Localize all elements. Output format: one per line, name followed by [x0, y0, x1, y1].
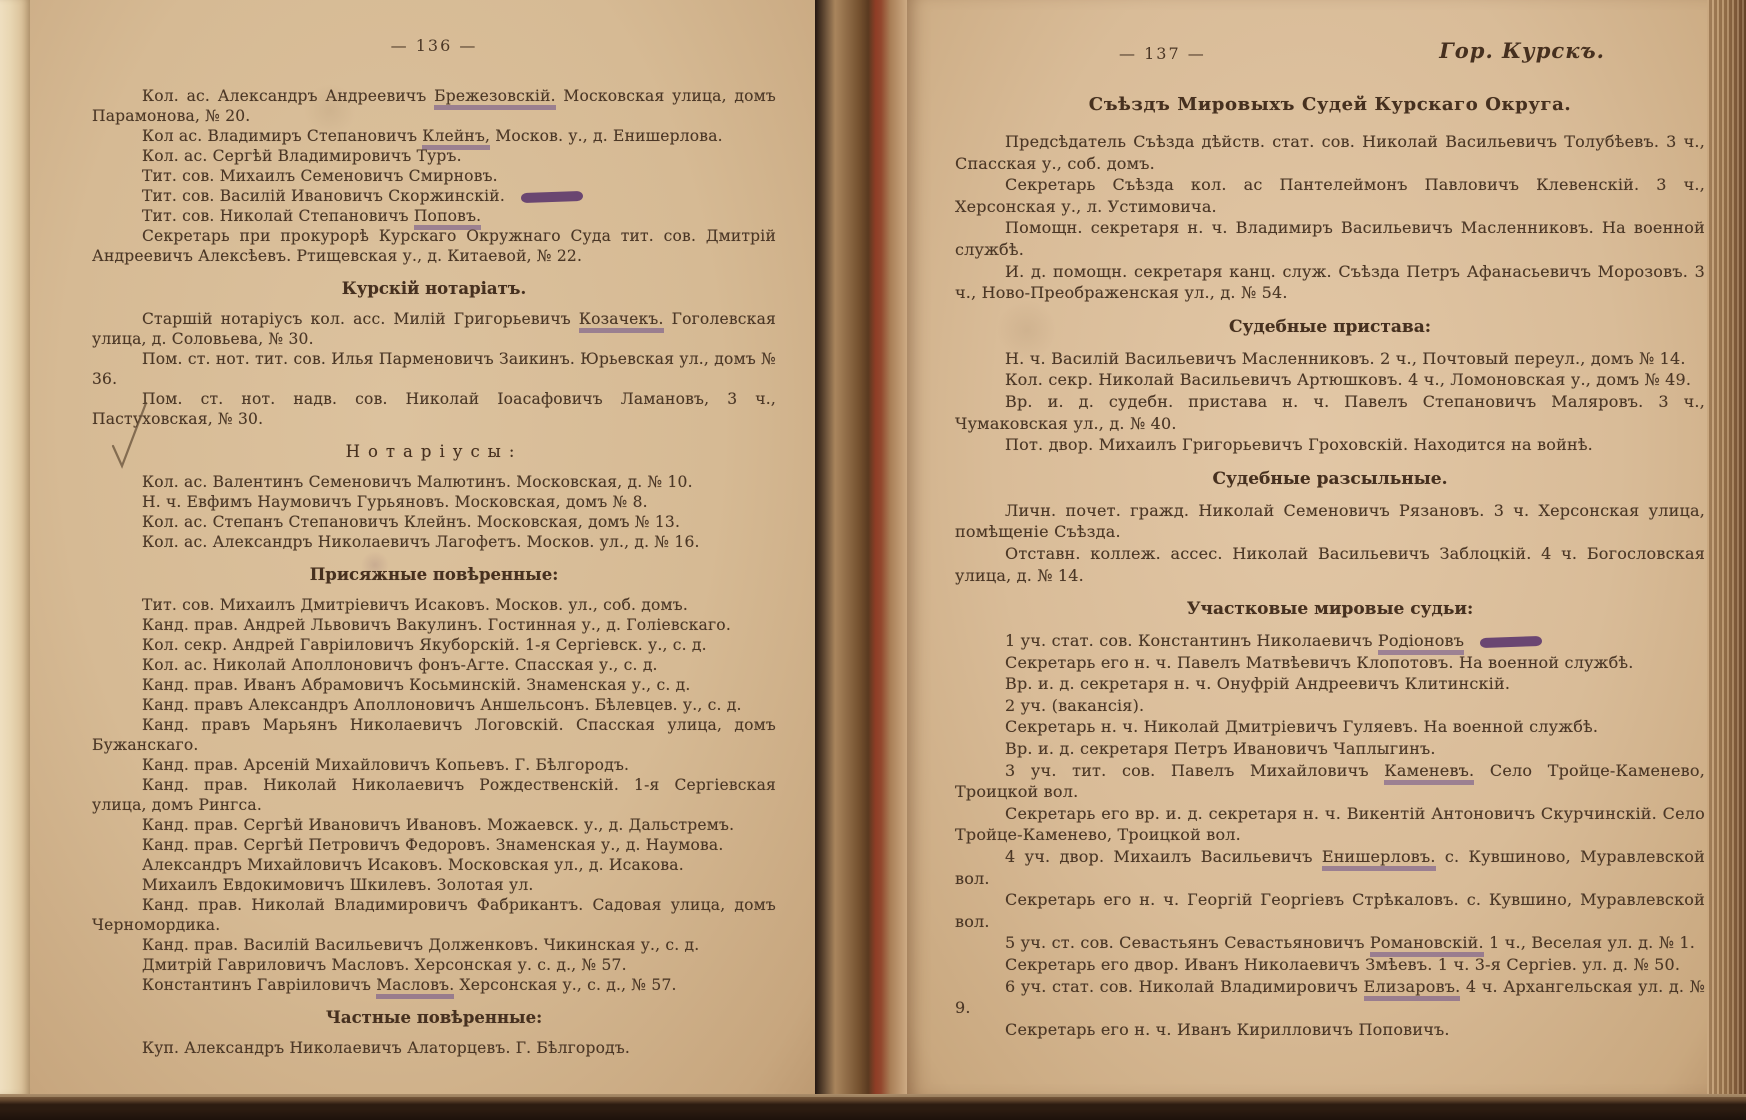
directory-entry: Пом. ст. нот. тит. сов. Илья Парменовичъ…	[92, 349, 776, 389]
section-heading: Судебные пристава:	[955, 317, 1705, 337]
directory-entry: 3 уч. тит. сов. Павелъ Михайловичъ Камен…	[955, 760, 1705, 803]
page-136-content: Кол. ас. Александръ Андреевичъ Брежезовс…	[92, 86, 776, 1058]
directory-entry: Секретарь Съѣзда кол. ас Пантелеймонъ Па…	[955, 174, 1705, 217]
entry-text: Судебные разсыльные.	[1212, 469, 1447, 489]
entry-text: 5 уч. ст. сов. Севастьянъ Севастьяновичъ	[1005, 933, 1370, 952]
entry-text: Тит. сов. Михаилъ Семеновичъ Смирновъ.	[142, 167, 498, 185]
directory-entry: Канд. прав. Николай Николаевичъ Рождеств…	[92, 775, 776, 815]
directory-entry: Канд. прав. Николай Владимировичъ Фабрик…	[92, 895, 776, 935]
entry-text: Канд. прав. Иванъ Абрамовичъ Косьминскій…	[142, 676, 690, 694]
pencil-underline-mark: Енишерловъ.	[1322, 847, 1436, 871]
entry-text: Судебные пристава:	[1229, 317, 1431, 337]
entry-text: Тит. сов. Михаилъ Дмитріевичъ Исаковъ. М…	[142, 596, 688, 614]
entry-text: Канд. прав. Сергѣй Петровичъ Федоровъ. З…	[142, 836, 724, 854]
entry-text: Съѣздъ Мировыхъ Судей Курскаго Округа.	[1089, 94, 1571, 115]
book-bottom-edge	[0, 1094, 1746, 1120]
directory-entry: Н. ч. Василій Васильевичъ Масленниковъ. …	[955, 348, 1705, 370]
directory-entry: Кол. ас. Николай Аполлоновичъ фонъ-Агте.…	[92, 655, 776, 675]
directory-entry: Секретарь н. ч. Николай Дмитріевичъ Гуля…	[955, 716, 1705, 738]
entry-text: Кол. ас. Степанъ Степановичъ Клейнъ. Мос…	[142, 513, 680, 531]
directory-entry: Дмитрій Гавриловичъ Масловъ. Херсонская …	[92, 955, 776, 975]
section-heading: Присяжные повѣренные:	[92, 565, 776, 584]
entry-text: Участковые мировые судьи:	[1187, 599, 1474, 619]
entry-text: 2 уч. (вакансія).	[1005, 696, 1144, 715]
entry-text: Кол. ас. Валентинъ Семеновичъ Малютинъ. …	[142, 473, 693, 491]
pencil-underline-mark: Каменевъ.	[1384, 761, 1474, 785]
entry-text: Канд. прав. Николай Николаевичъ Рождеств…	[92, 776, 776, 814]
entry-text: Кол. секр. Андрей Гавріиловичъ Якуборскі…	[142, 636, 707, 654]
entry-text: Личн. почет. гражд. Николай Семеновичъ Р…	[955, 501, 1705, 542]
directory-entry: Тит. сов. Николай Степановичъ Поповъ.	[92, 206, 776, 226]
entry-text: 6 уч. стат. сов. Николай Владимировичъ	[1005, 977, 1364, 996]
entry-text: И. д. помощн. секретаря канц. служ. Съѣз…	[955, 262, 1705, 303]
pencil-underline-mark: Елизаровъ.	[1364, 977, 1461, 1001]
entry-text: Пот. двор. Михаилъ Григорьевичъ Гроховск…	[1005, 435, 1593, 454]
pencil-dash-mark	[1480, 636, 1542, 648]
directory-entry: И. д. помощн. секретаря канц. служ. Съѣз…	[955, 261, 1705, 304]
directory-entry: Кол. секр. Андрей Гавріиловичъ Якуборскі…	[92, 635, 776, 655]
entry-text: Отставн. коллеж. ассес. Николай Васильев…	[955, 544, 1705, 585]
directory-entry: Кол. секр. Николай Васильевичъ Артюшковъ…	[955, 369, 1705, 391]
page-number-right: — 137 —	[1119, 44, 1206, 63]
pencil-underline-mark: Масловъ.	[376, 976, 454, 999]
page-edge-right	[1707, 0, 1746, 1094]
directory-entry: Канд. правъ Александръ Аполлоновичъ Анше…	[92, 695, 776, 715]
directory-entry: Н. ч. Евфимъ Наумовичъ Гурьяновъ. Москов…	[92, 492, 776, 512]
book-scan: — 136 — Кол. ас. Александръ Андреевичъ Б…	[0, 0, 1746, 1120]
entry-text: Михаилъ Евдокимовичъ Шкилевъ. Золотая ул…	[142, 876, 534, 894]
directory-entry: Константинъ Гавріиловичъ Масловъ. Херсон…	[92, 975, 776, 995]
directory-entry: Канд. прав. Сергѣй Ивановичъ Ивановъ. Мо…	[92, 815, 776, 835]
page-136: — 136 — Кол. ас. Александръ Андреевичъ Б…	[30, 0, 815, 1094]
directory-entry: Тит. сов. Михаилъ Дмитріевичъ Исаковъ. М…	[92, 595, 776, 615]
section-heading: Курскій нотаріатъ.	[92, 279, 776, 298]
directory-entry: Старшій нотаріусъ кол. асс. Милій Григор…	[92, 309, 776, 349]
running-title: Гор. Курскъ.	[1439, 38, 1605, 63]
entry-text: Кол. ас. Александръ Андреевичъ	[142, 87, 434, 105]
entry-text: Канд. прав. Арсеній Михайловичъ Копьевъ.…	[142, 756, 629, 774]
entry-text: Александръ Михайловичъ Исаковъ. Московск…	[142, 856, 684, 874]
entry-text: 1 ч., Веселая ул. д. № 1.	[1484, 933, 1695, 952]
entry-text: Канд. правъ Александръ Аполлоновичъ Анше…	[142, 696, 742, 714]
directory-entry: Кол. ас. Степанъ Степановичъ Клейнъ. Мос…	[92, 512, 776, 532]
directory-entry: 1 уч. стат. сов. Константинъ Николаевичъ…	[955, 630, 1705, 652]
section-heading: Нотаріусы:	[92, 442, 776, 461]
directory-entry: Вр. и. д. секретаря н. ч. Онуфрій Андрее…	[955, 673, 1705, 695]
entry-text: Вр. и. д. секретаря Петръ Ивановичъ Чапл…	[1005, 739, 1436, 758]
directory-entry: Тит. сов. Василій Ивановичъ Скоржинскій.	[92, 186, 776, 206]
entry-text: Старшій нотаріусъ кол. асс. Милій Григор…	[142, 310, 579, 328]
directory-entry: 6 уч. стат. сов. Николай Владимировичъ Е…	[955, 976, 1705, 1019]
directory-entry: Пом. ст. нот. надв. сов. Николай Іоасафо…	[92, 389, 776, 429]
entry-text: Куп. Александръ Николаевичъ Алаторцевъ. …	[142, 1039, 630, 1057]
entry-text: Курскій нотаріатъ.	[342, 279, 526, 298]
directory-entry: Канд. прав. Василій Васильевичъ Долженко…	[92, 935, 776, 955]
directory-entry: Секретарь его н. ч. Иванъ Кирилловичъ По…	[955, 1019, 1705, 1041]
entry-text: Н. ч. Василій Васильевичъ Масленниковъ. …	[1005, 349, 1686, 368]
entry-text: Кол. ас. Николай Аполлоновичъ фонъ-Агте.…	[142, 656, 658, 674]
section-heading: Участковые мировые судьи:	[955, 599, 1705, 619]
directory-entry: Пот. двор. Михаилъ Григорьевичъ Гроховск…	[955, 434, 1705, 456]
entry-text: Канд. прав. Сергѣй Ивановичъ Ивановъ. Мо…	[142, 816, 734, 834]
entry-text: Секретарь при прокурорѣ Курскаго Окружна…	[92, 227, 776, 265]
entry-text: Херсонская у., с. д., № 57.	[454, 976, 676, 994]
directory-entry: Помощн. секретаря н. ч. Владимиръ Василь…	[955, 217, 1705, 260]
directory-entry: Тит. сов. Михаилъ Семеновичъ Смирновъ.	[92, 166, 776, 186]
entry-text: Пом. ст. нот. надв. сов. Николай Іоасафо…	[92, 390, 776, 428]
pencil-underline-mark: Козачекъ.	[579, 310, 664, 333]
directory-entry: Кол ас. Владимиръ Степановичъ Клейнъ, Мо…	[92, 126, 776, 146]
page-137: — 137 — Гор. Курскъ. Съѣздъ Мировыхъ Суд…	[907, 0, 1707, 1094]
directory-entry: Секретарь его н. ч. Георгій Георгіевъ Ст…	[955, 889, 1705, 932]
entry-text: Вр. и. д. судебн. пристава н. ч. Павелъ …	[955, 392, 1705, 433]
entry-text: Дмитрій Гавриловичъ Масловъ. Херсонская …	[142, 956, 627, 974]
entry-text: Н. ч. Евфимъ Наумовичъ Гурьяновъ. Москов…	[142, 493, 648, 511]
directory-entry: Канд. прав. Иванъ Абрамовичъ Косьминскій…	[92, 675, 776, 695]
entry-text: Секретарь Съѣзда кол. ас Пантелеймонъ Па…	[955, 175, 1705, 216]
entry-text: Секретарь его двор. Иванъ Николаевичъ Зм…	[1005, 955, 1680, 974]
directory-entry: Секретарь при прокурорѣ Курскаго Окружна…	[92, 226, 776, 266]
entry-text: Предсѣдатель Съѣзда дѣйств. стат. сов. Н…	[955, 132, 1705, 173]
directory-entry: Вр. и. д. секретаря Петръ Ивановичъ Чапл…	[955, 738, 1705, 760]
entry-text: 1 уч. стат. сов. Константинъ Николаевичъ	[1005, 631, 1378, 650]
entry-text: Частные повѣренные:	[326, 1008, 542, 1027]
directory-entry: 2 уч. (вакансія).	[955, 695, 1705, 717]
entry-text: Тит. сов. Николай Степановичъ	[142, 207, 414, 225]
directory-entry: Вр. и. д. судебн. пристава н. ч. Павелъ …	[955, 391, 1705, 434]
entry-text: Секретарь его н. ч. Иванъ Кирилловичъ По…	[1005, 1020, 1450, 1039]
directory-entry: 5 уч. ст. сов. Севастьянъ Севастьяновичъ…	[955, 932, 1705, 954]
entry-text: Кол. ас. Александръ Николаевичъ Лагофетъ…	[142, 533, 700, 551]
directory-entry: Канд. прав. Арсеній Михайловичъ Копьевъ.…	[92, 755, 776, 775]
entry-text: Присяжные повѣренные:	[310, 565, 559, 584]
entry-text: Нотаріусы:	[346, 442, 523, 461]
book-gutter	[815, 0, 907, 1094]
section-heading: Судебные разсыльные.	[955, 469, 1705, 489]
directory-entry: Предсѣдатель Съѣзда дѣйств. стат. сов. Н…	[955, 131, 1705, 174]
entry-text: Москов. у., д. Енишерлова.	[490, 127, 723, 145]
entry-text: Канд. прав. Василій Васильевичъ Долженко…	[142, 936, 699, 954]
section-heading: Съѣздъ Мировыхъ Судей Курскаго Округа.	[955, 94, 1705, 115]
directory-entry: Кол. ас. Александръ Николаевичъ Лагофетъ…	[92, 532, 776, 552]
directory-entry: Личн. почет. гражд. Николай Семеновичъ Р…	[955, 500, 1705, 543]
directory-entry: Секретарь его вр. и. д. секретаря н. ч. …	[955, 803, 1705, 846]
entry-text: Канд. прав. Николай Владимировичъ Фабрик…	[92, 896, 776, 934]
directory-entry: Кол. ас. Валентинъ Семеновичъ Малютинъ. …	[92, 472, 776, 492]
entry-text: Секретарь его н. ч. Павелъ Матвѣевичъ Кл…	[1005, 653, 1634, 672]
entry-text: Тит. сов. Василій Ивановичъ Скоржинскій.	[142, 187, 505, 205]
entry-text: 3 уч. тит. сов. Павелъ Михайловичъ	[1005, 761, 1384, 780]
entry-text: Канд. прав. Андрей Львовичъ Вакулинъ. Го…	[142, 616, 731, 634]
directory-entry: Александръ Михайловичъ Исаковъ. Московск…	[92, 855, 776, 875]
directory-entry: Куп. Александръ Николаевичъ Алаторцевъ. …	[92, 1038, 776, 1058]
directory-entry: Канд. прав. Андрей Львовичъ Вакулинъ. Го…	[92, 615, 776, 635]
directory-entry: Кол. ас. Сергѣй Владимировичъ Туръ.	[92, 146, 776, 166]
directory-entry: Отставн. коллеж. ассес. Николай Васильев…	[955, 543, 1705, 586]
entry-text: 4 уч. двор. Михаилъ Васильевичъ	[1005, 847, 1322, 866]
page-number-left: — 136 —	[92, 36, 776, 55]
entry-text: Кол. секр. Николай Васильевичъ Артюшковъ…	[1005, 370, 1691, 389]
entry-text: Вр. и. д. секретаря н. ч. Онуфрій Андрее…	[1005, 674, 1510, 693]
entry-text: Канд. правъ Марьянъ Николаевичъ Логовскі…	[92, 716, 776, 754]
entry-text: Константинъ Гавріиловичъ	[142, 976, 376, 994]
pencil-checkmark-mark	[108, 400, 152, 478]
pencil-underline-mark: Брежезовскій.	[434, 87, 556, 110]
directory-entry: Канд. прав. Сергѣй Петровичъ Федоровъ. З…	[92, 835, 776, 855]
entry-text: Кол ас. Владимиръ Степановичъ	[142, 127, 422, 145]
entry-text: Секретарь его н. ч. Георгій Георгіевъ Ст…	[955, 890, 1705, 931]
entry-text: Пом. ст. нот. тит. сов. Илья Парменовичъ…	[92, 350, 776, 388]
entry-text: Помощн. секретаря н. ч. Владимиръ Василь…	[955, 218, 1705, 259]
directory-entry: Канд. правъ Марьянъ Николаевичъ Логовскі…	[92, 715, 776, 755]
directory-entry: Секретарь его двор. Иванъ Николаевичъ Зм…	[955, 954, 1705, 976]
entry-text: Секретарь н. ч. Николай Дмитріевичъ Гуля…	[1005, 717, 1598, 736]
entry-text: Секретарь его вр. и. д. секретаря н. ч. …	[955, 804, 1705, 845]
page-edge-left	[0, 0, 30, 1094]
pencil-dash-mark	[521, 191, 583, 203]
directory-entry: 4 уч. двор. Михаилъ Васильевичъ Енишерло…	[955, 846, 1705, 889]
directory-entry: Секретарь его н. ч. Павелъ Матвѣевичъ Кл…	[955, 652, 1705, 674]
section-heading: Частные повѣренные:	[92, 1008, 776, 1027]
page-137-content: Съѣздъ Мировыхъ Судей Курскаго Округа.Пр…	[955, 92, 1705, 1040]
directory-entry: Михаилъ Евдокимовичъ Шкилевъ. Золотая ул…	[92, 875, 776, 895]
directory-entry: Кол. ас. Александръ Андреевичъ Брежезовс…	[92, 86, 776, 126]
entry-text: Кол. ас. Сергѣй Владимировичъ Туръ.	[142, 147, 462, 165]
